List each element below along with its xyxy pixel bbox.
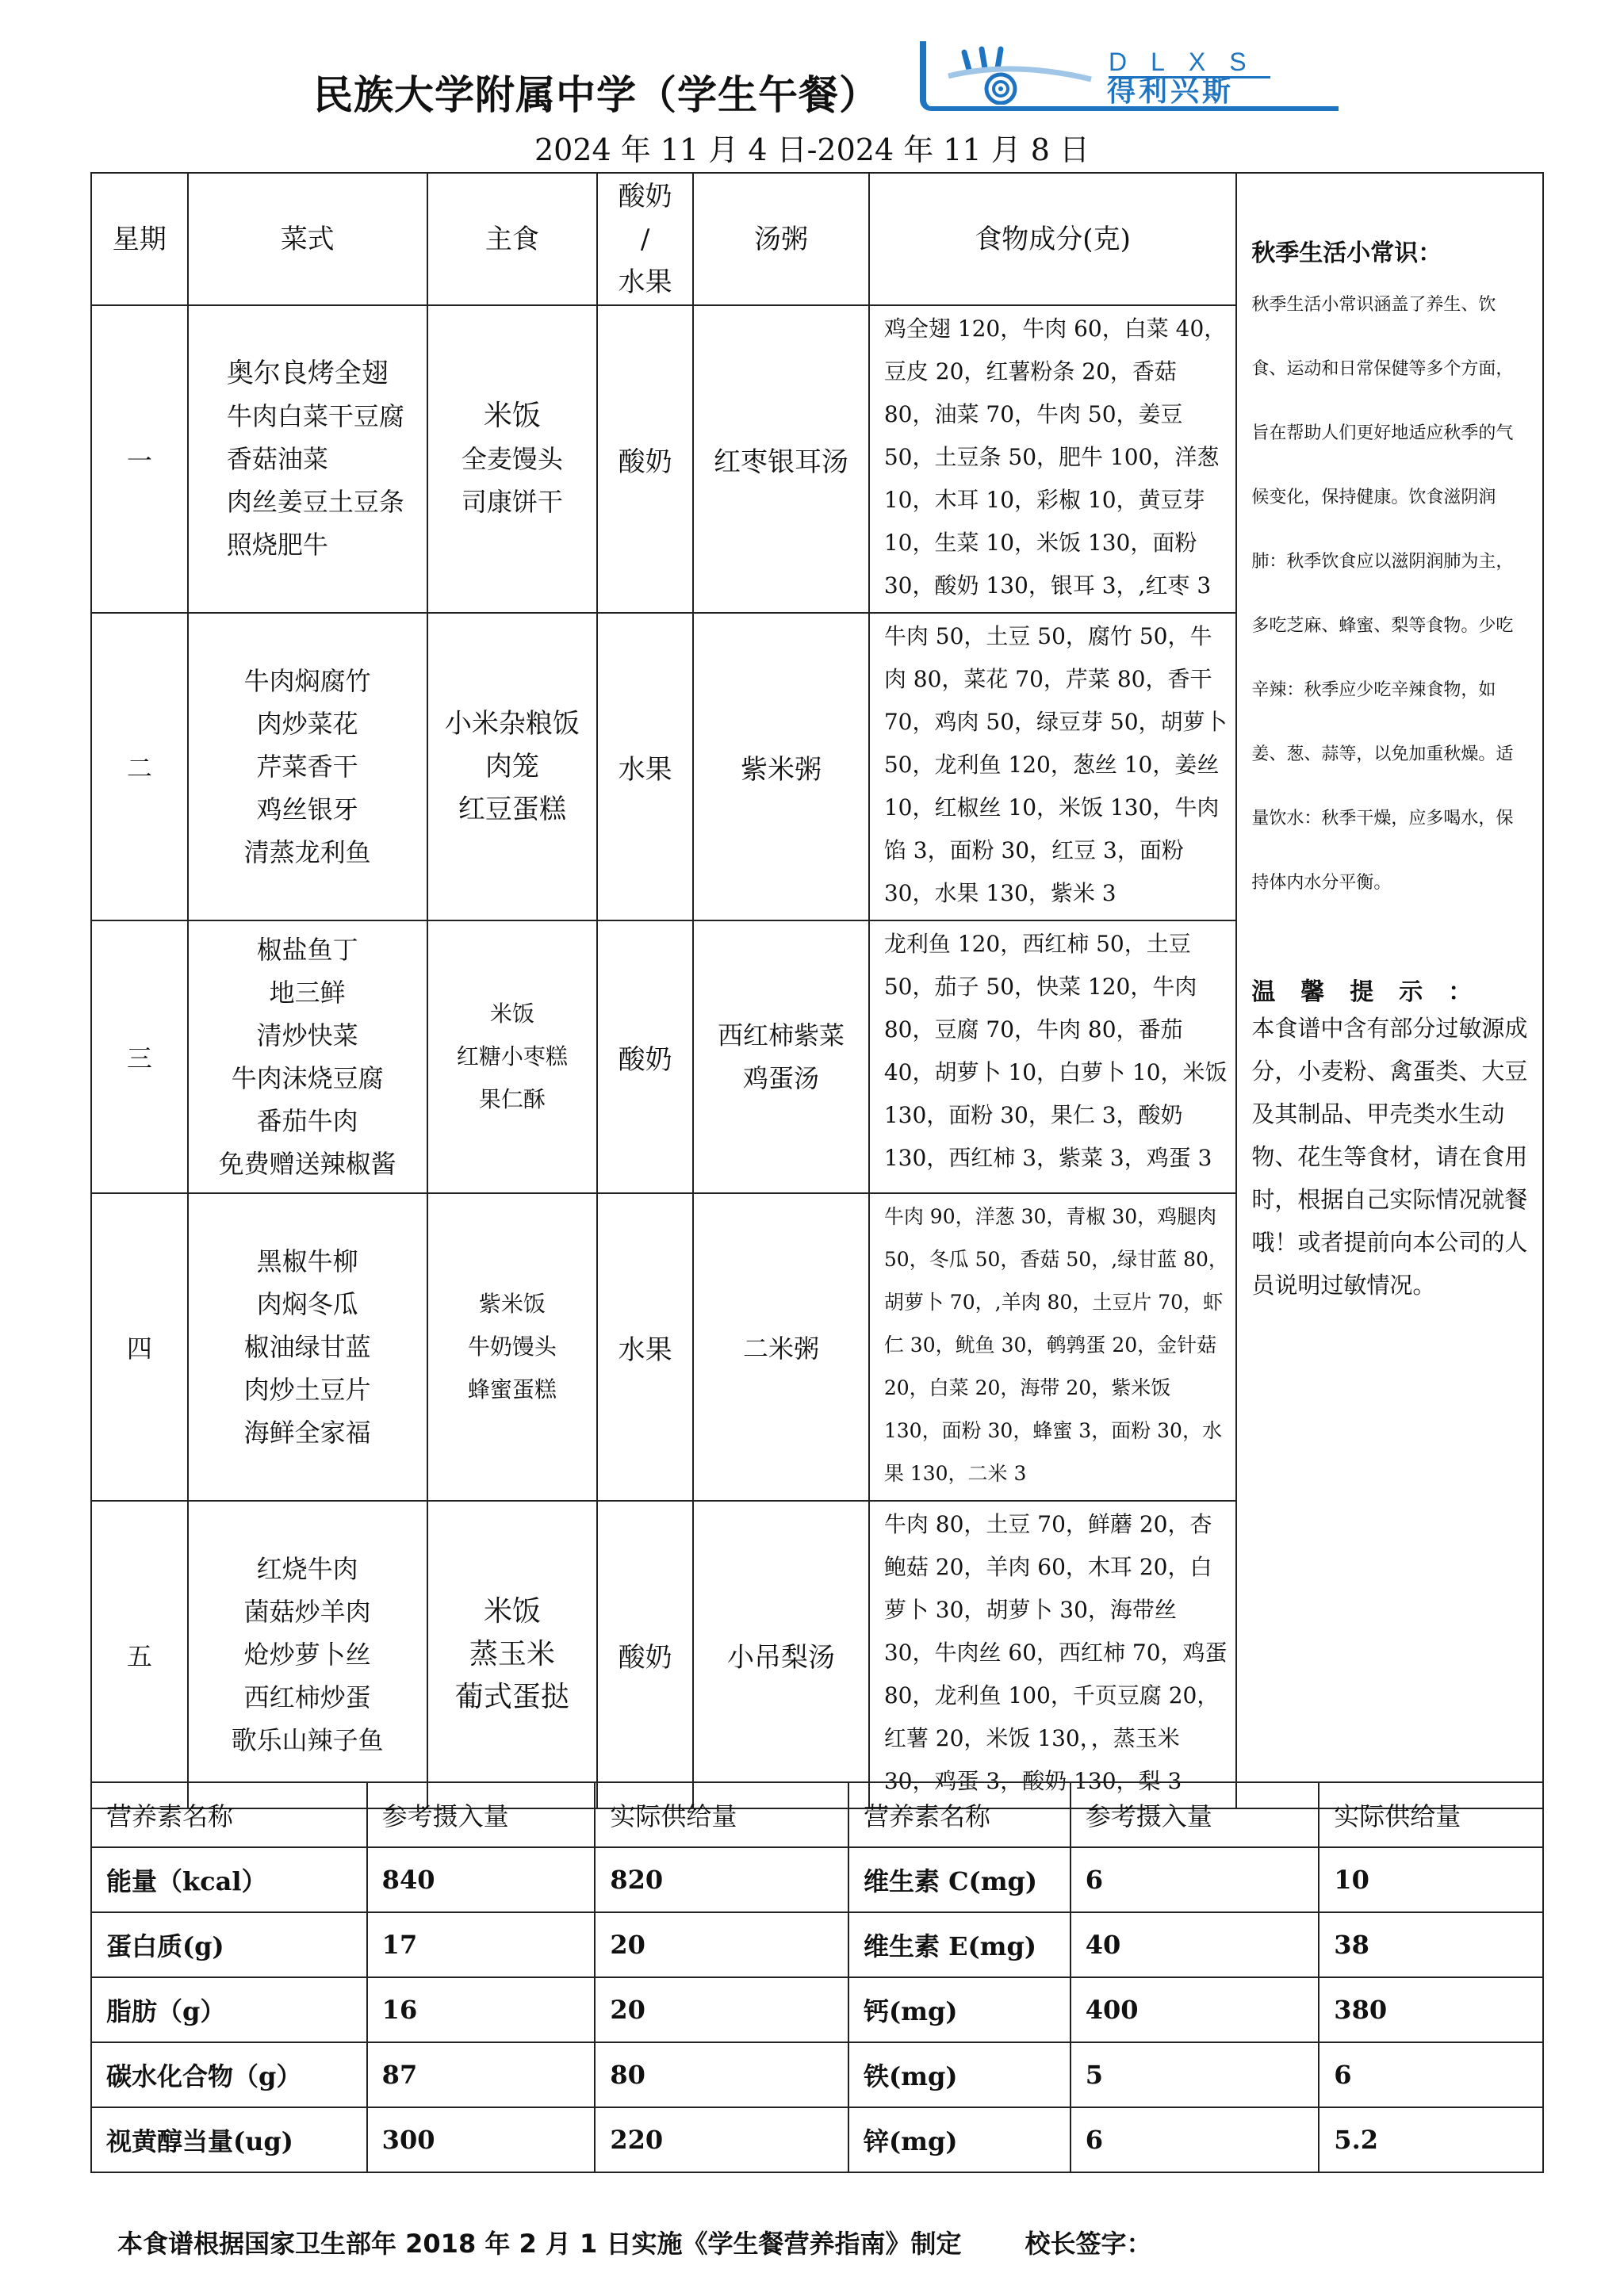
dish: 红烧牛肉: [189, 1548, 427, 1590]
nutrient-name: 脂肪（g）: [91, 1977, 367, 2042]
reference-intake: 40: [1071, 1912, 1319, 1977]
nutrition-row: 能量（kcal） 840 820 维生素 C(mg) 6 10: [91, 1847, 1543, 1912]
logo-text-cn: 得利兴斯: [1107, 76, 1234, 108]
reference-intake-header: 参考摄入量: [1071, 1782, 1319, 1847]
nutrient-name: 能量（kcal）: [91, 1847, 367, 1912]
dish: 牛肉沫烧豆腐: [189, 1057, 427, 1100]
soup-cell: 小吊梨汤: [693, 1501, 869, 1808]
dish: 鸡丝银牙: [189, 788, 427, 831]
reference-intake: 400: [1071, 1977, 1319, 2042]
reference-intake: 16: [367, 1977, 596, 2042]
dish: 肉炒菜花: [189, 702, 427, 745]
nutrient-name: 钙(mg): [848, 1977, 1071, 2042]
staple-item: 葡式蛋挞: [428, 1676, 597, 1719]
staple-cell: 小米杂粮饭 肉笼 红豆蛋糕: [427, 613, 598, 920]
staple-cell: 米饭 红糖小枣糕 果仁酥: [427, 920, 598, 1193]
day-cell: 一: [91, 305, 188, 613]
dish: 菌菇炒羊肉: [189, 1590, 427, 1633]
staple-item: 司康饼干: [428, 480, 597, 523]
dish: 肉炒土豆片: [189, 1368, 427, 1411]
nutrient-name: 锌(mg): [848, 2107, 1071, 2172]
ingredients-cell: 牛肉 50，土豆 50，腐竹 50，牛肉 80，菜花 70，芹菜 80，香干 7…: [869, 613, 1236, 920]
nutrition-row: 视黄醇当量(ug) 300 220 锌(mg) 6 5.2: [91, 2107, 1543, 2172]
actual-supply: 5.2: [1319, 2107, 1543, 2172]
nutrient-name: 维生素 E(mg): [848, 1912, 1071, 1977]
nutrition-row: 碳水化合物（g） 87 80 铁(mg) 5 6: [91, 2042, 1543, 2107]
staple-item: 全麦馒头: [428, 438, 597, 480]
dishes-cell: 奥尔良烤全翅 牛肉白菜干豆腐 香菇油菜 肉丝姜豆土豆条 照烧肥牛: [188, 305, 427, 613]
staple-item: 果仁酥: [428, 1078, 597, 1121]
day-cell: 三: [91, 920, 188, 1193]
dishes-cell: 椒盐鱼丁 地三鲜 清炒快菜 牛肉沫烧豆腐 番茄牛肉 免费赠送辣椒酱: [188, 920, 427, 1193]
col-yogurt-label: 酸奶: [598, 175, 692, 218]
dish: 清蒸龙利鱼: [189, 831, 427, 874]
dishes-cell: 牛肉焖腐竹 肉炒菜花 芹菜香干 鸡丝银牙 清蒸龙利鱼: [188, 613, 427, 920]
dishes-cell: 红烧牛肉 菌菇炒羊肉 炝炒萝卜丝 西红柿炒蛋 歌乐山辣子鱼: [188, 1501, 427, 1808]
staple-item: 米饭: [428, 395, 597, 438]
dish: 西红柿炒蛋: [189, 1676, 427, 1719]
col-day: 星期: [91, 173, 188, 305]
staple-item: 蒸玉米: [428, 1633, 597, 1676]
dish: 海鲜全家福: [189, 1411, 427, 1454]
actual-supply: 380: [1319, 1977, 1543, 2042]
soup-cell: 二米粥: [693, 1193, 869, 1501]
staple-item: 紫米饭: [428, 1283, 597, 1326]
staple-item: 红豆蛋糕: [428, 788, 597, 831]
dish: 地三鲜: [189, 971, 427, 1014]
menu-header-row: 星期 菜式 主食 酸奶 / 水果 汤粥 食物成分(克) 秋季生活小常识： 秋季生…: [91, 173, 1543, 305]
actual-supply: 38: [1319, 1912, 1543, 1977]
dish: 肉丝姜豆土豆条: [227, 480, 427, 523]
guideline-note: 本食谱根据国家卫生部年 2018 年 2 月 1 日实施《学生餐营养指南》制定: [117, 2229, 961, 2259]
autumn-tips-text: 秋季生活小常识涵盖了养生、饮食、运动和日常保健等多个方面，旨在帮助人们更好地适应…: [1251, 273, 1530, 915]
reference-intake: 840: [367, 1847, 596, 1912]
autumn-tips-title: 秋季生活小常识：: [1251, 233, 1530, 268]
yogurt-fruit-cell: 酸奶: [597, 920, 693, 1193]
staple-cell: 紫米饭 牛奶馒头 蜂蜜蛋糕: [427, 1193, 598, 1501]
dish: 免费赠送辣椒酱: [189, 1142, 427, 1185]
day-cell: 二: [91, 613, 188, 920]
logo-text-en: DLXS: [1109, 48, 1270, 78]
col-staple: 主食: [427, 173, 598, 305]
dish: 清炒快菜: [189, 1014, 427, 1057]
dish: 照烧肥牛: [227, 523, 427, 566]
yogurt-fruit-cell: 水果: [597, 1193, 693, 1501]
warm-tip-title: 温馨提示：: [1251, 972, 1530, 1007]
actual-supply: 20: [595, 1977, 848, 2042]
staple-item: 米饭: [428, 993, 597, 1035]
reference-intake: 5: [1071, 2042, 1319, 2107]
staple-item: 红糖小枣糕: [428, 1035, 597, 1078]
nutrient-name-header: 营养素名称: [91, 1782, 367, 1847]
nutrition-row: 蛋白质(g) 17 20 维生素 E(mg) 40 38: [91, 1912, 1543, 1977]
dish: 番茄牛肉: [189, 1100, 427, 1142]
dish: 椒盐鱼丁: [189, 928, 427, 971]
menu-table: 星期 菜式 主食 酸奶 / 水果 汤粥 食物成分(克) 秋季生活小常识： 秋季生…: [90, 172, 1544, 1809]
dish: 牛肉白菜干豆腐: [227, 395, 427, 438]
reference-intake: 6: [1071, 1847, 1319, 1912]
footer-note: 本食谱根据国家卫生部年 2018 年 2 月 1 日实施《学生餐营养指南》制定校…: [117, 2224, 1151, 2260]
soup-cell: 西红柿紫菜鸡蛋汤: [693, 920, 869, 1193]
actual-supply: 6: [1319, 2042, 1543, 2107]
nutrient-name: 铁(mg): [848, 2042, 1071, 2107]
actual-supply: 20: [595, 1912, 848, 1977]
dish: 肉焖冬瓜: [189, 1283, 427, 1326]
col-soup: 汤粥: [693, 173, 869, 305]
ingredients-cell: 鸡全翅 120，牛肉 60，白菜 40，豆皮 20，红薯粉条 20，香菇 80，…: [869, 305, 1236, 613]
reference-intake: 17: [367, 1912, 596, 1977]
principal-signature-label: 校长签字：: [1025, 2229, 1151, 2259]
soup-cell: 红枣银耳汤: [693, 305, 869, 613]
eye-logo-icon: [933, 44, 1099, 105]
company-logo: DLXS 得利兴斯: [920, 41, 1339, 111]
nutrition-row: 脂肪（g） 16 20 钙(mg) 400 380: [91, 1977, 1543, 2042]
dish: 椒油绿甘蓝: [189, 1326, 427, 1368]
reference-intake: 87: [367, 2042, 596, 2107]
day-cell: 五: [91, 1501, 188, 1808]
page-header: 民族大学附属中学（学生午餐） DLXS 得利兴斯 2024 年 11 月 4 日…: [0, 0, 1624, 170]
col-dishes: 菜式: [188, 173, 427, 305]
nutrient-name: 蛋白质(g): [91, 1912, 367, 1977]
warm-tip-text: 本食谱中含有部分过敏源成分，小麦粉、禽蛋类、大豆及其制品、甲壳类水生动物、花生等…: [1251, 1007, 1530, 1307]
yogurt-fruit-cell: 水果: [597, 613, 693, 920]
reference-intake: 6: [1071, 2107, 1319, 2172]
reference-intake: 300: [367, 2107, 596, 2172]
col-fruit-label: 水果: [598, 261, 692, 304]
nutrition-header-row: 营养素名称 参考摄入量 实际供给量 营养素名称 参考摄入量 实际供给量: [91, 1782, 1543, 1847]
col-yogurt-fruit: 酸奶 / 水果: [597, 173, 693, 305]
yogurt-fruit-cell: 酸奶: [597, 1501, 693, 1808]
actual-supply: 10: [1319, 1847, 1543, 1912]
staple-item: 小米杂粮饭: [428, 702, 597, 745]
dish: 香菇油菜: [227, 438, 427, 480]
dish: 歌乐山辣子鱼: [189, 1719, 427, 1762]
actual-supply: 220: [595, 2107, 848, 2172]
dish: 牛肉焖腐竹: [189, 660, 427, 702]
dish: 黑椒牛柳: [189, 1240, 427, 1283]
nutrient-name: 视黄醇当量(ug): [91, 2107, 367, 2172]
col-slash: /: [598, 218, 692, 261]
day-cell: 四: [91, 1193, 188, 1501]
actual-supply: 820: [595, 1847, 848, 1912]
ingredients-cell: 牛肉 90，洋葱 30，青椒 30，鸡腿肉 50，冬瓜 50，香菇 50，,绿甘…: [869, 1193, 1236, 1501]
sidebar-notes: 秋季生活小常识： 秋季生活小常识涵盖了养生、饮食、运动和日常保健等多个方面，旨在…: [1236, 173, 1543, 1808]
staple-item: 蜂蜜蛋糕: [428, 1368, 597, 1411]
actual-supply-header: 实际供给量: [595, 1782, 848, 1847]
yogurt-fruit-cell: 酸奶: [597, 305, 693, 613]
ingredients-cell: 牛肉 80，土豆 70，鲜蘑 20，杏鲍菇 20，羊肉 60，木耳 20，白萝卜…: [869, 1501, 1236, 1808]
staple-cell: 米饭 全麦馒头 司康饼干: [427, 305, 598, 613]
date-range: 2024 年 11 月 4 日-2024 年 11 月 8 日: [0, 125, 1624, 169]
nutrient-name-header: 营养素名称: [848, 1782, 1071, 1847]
dishes-cell: 黑椒牛柳 肉焖冬瓜 椒油绿甘蓝 肉炒土豆片 海鲜全家福: [188, 1193, 427, 1501]
ingredients-cell: 龙利鱼 120，西红柿 50，土豆 50，茄子 50，快菜 120，牛肉 80，…: [869, 920, 1236, 1193]
soup-cell: 紫米粥: [693, 613, 869, 920]
actual-supply: 80: [595, 2042, 848, 2107]
reference-intake-header: 参考摄入量: [367, 1782, 596, 1847]
nutrient-name: 碳水化合物（g）: [91, 2042, 367, 2107]
dish: 炝炒萝卜丝: [189, 1633, 427, 1676]
staple-item: 肉笼: [428, 745, 597, 788]
col-ingredients: 食物成分(克): [869, 173, 1236, 305]
nutrition-table: 营养素名称 参考摄入量 实际供给量 营养素名称 参考摄入量 实际供给量 能量（k…: [90, 1781, 1544, 2173]
nutrient-name: 维生素 C(mg): [848, 1847, 1071, 1912]
page-title: 民族大学附属中学（学生午餐）: [313, 63, 879, 121]
staple-item: 牛奶馒头: [428, 1326, 597, 1368]
staple-cell: 米饭 蒸玉米 葡式蛋挞: [427, 1501, 598, 1808]
dish: 奥尔良烤全翅: [227, 352, 427, 395]
staple-item: 米饭: [428, 1590, 597, 1633]
dish: 芹菜香干: [189, 745, 427, 788]
actual-supply-header: 实际供给量: [1319, 1782, 1543, 1847]
